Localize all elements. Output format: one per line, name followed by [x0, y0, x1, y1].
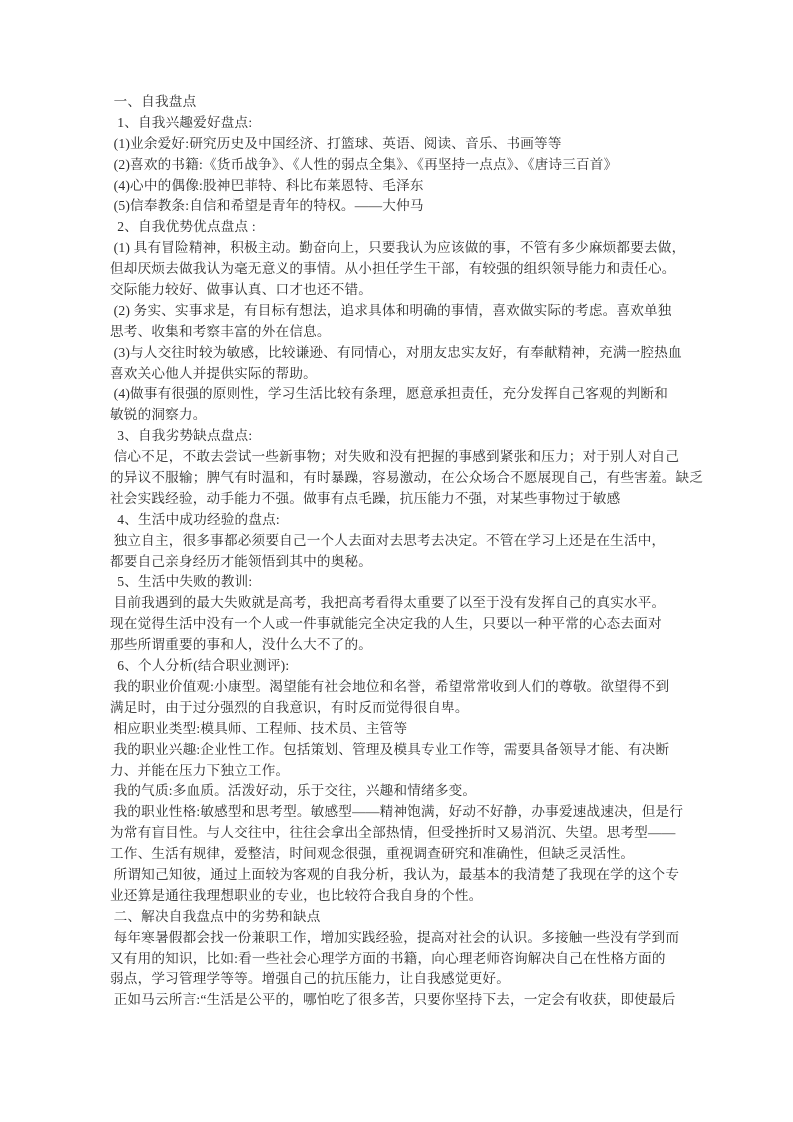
text-line: 我的职业兴趣:企业性工作。包括策划、管理及模具专业工作等，需要具备领导才能、有决…	[110, 740, 710, 761]
text-line: 相应职业类型:模具师、工程师、技术员、主管等	[110, 719, 710, 740]
text-line: (2) 务实、实事求是，有目标有想法，追求具体和明确的事情，喜欢做实际的考虑。喜…	[110, 301, 710, 322]
section-1-heading: 一、自我盘点	[110, 92, 710, 113]
text-line: 我的职业价值观:小康型。渴望能有社会地位和名誉，希望常常收到人们的尊敬。欲望得不…	[110, 677, 710, 698]
text-line: 但却厌烦去做我认为毫无意义的事情。从小担任学生干部，有较强的组织领导能力和责任心…	[110, 259, 710, 280]
text-line: 喜欢关心他人并提供实际的帮助。	[110, 364, 710, 385]
text-line: 我的职业性格:敏感型和思考型。敏感型——精神饱满，好动不好静，办事爱速战速决，但…	[110, 802, 710, 823]
text-line: 交际能力较好、做事认真、口才也还不错。	[110, 280, 710, 301]
text-line: 社会实践经验，动手能力不强。做事有点毛躁，抗压能力不强，对某些事物过于敏感	[110, 489, 710, 510]
text-line: (2)喜欢的书籍:《货币战争》、《人性的弱点全集》、《再坚持一点点》、《唐诗三百…	[110, 155, 710, 176]
item-4-heading: 4、生活中成功经验的盘点:	[110, 510, 710, 531]
document-text-block: 一、自我盘点 1、自我兴趣爱好盘点: (1)业余爱好:研究历史及中国经济、打篮球…	[110, 92, 710, 1011]
item-1-heading: 1、自我兴趣爱好盘点:	[110, 113, 710, 134]
text-line: (4)做事有很强的原则性，学习生活比较有条理，愿意承担责任，充分发挥自己客观的判…	[110, 384, 710, 405]
text-line: 现在觉得生活中没有一个人或一件事就能完全决定我的人生，只要以一种平常的心态去面对	[110, 614, 710, 635]
text-line: 满足时，由于过分强烈的自我意识，有时反而觉得很自卑。	[110, 698, 710, 719]
document-page: 一、自我盘点 1、自我兴趣爱好盘点: (1)业余爱好:研究历史及中国经济、打篮球…	[0, 0, 793, 1122]
text-line: 为常有盲目性。与人交往中，往往会拿出全部热情，但受挫折时又易消沉、失望。思考型—…	[110, 823, 710, 844]
text-line: 业还算是通往我理想职业的专业，也比较符合我自身的个性。	[110, 886, 710, 907]
text-line: 力、并能在压力下独立工作。	[110, 761, 710, 782]
item-2-heading: 2、自我优势优点盘点 :	[110, 217, 710, 238]
text-line: (1) 具有冒险精神，积极主动。勤奋向上，只要我认为应该做的事，不管有多少麻烦都…	[110, 238, 710, 259]
text-line: 都要自己亲身经历才能领悟到其中的奥秘。	[110, 552, 710, 573]
text-line: 敏锐的洞察力。	[110, 405, 710, 426]
text-line: 正如马云所言:“生活是公平的，哪怕吃了很多苦，只要你坚持下去，一定会有收获，即使…	[110, 990, 710, 1011]
text-line: 又有用的知识，比如:看一些社会心理学方面的书籍，向心理老师咨询解决自己在性格方面…	[110, 949, 710, 970]
text-line: 工作、生活有规律，爱整洁，时间观念很强，重视调查研究和准确性，但缺乏灵活性。	[110, 844, 710, 865]
text-line: (5)信奉教条:自信和希望是青年的特权。——大仲马	[110, 196, 710, 217]
text-line: 每年寒暑假都会找一份兼职工作，增加实践经验，提高对社会的认识。多接触一些没有学到…	[110, 928, 710, 949]
text-line: 所谓知己知彼，通过上面较为客观的自我分析，我认为，最基本的我清楚了我现在学的这个…	[110, 865, 710, 886]
text-line: 的异议不服输；脾气有时温和，有时暴躁，容易激动，在公众场合不愿展现自己，有些害羞…	[110, 468, 710, 489]
text-line: 思考、收集和考察丰富的外在信息。	[110, 322, 710, 343]
item-6-heading: 6、个人分析(结合职业测评):	[110, 656, 710, 677]
item-3-heading: 3、自我劣势缺点盘点:	[110, 426, 710, 447]
text-line: 独立自主，很多事都必须要自己一个人去面对去思考去决定。不管在学习上还是在生活中，	[110, 531, 710, 552]
text-line: 弱点，学习管理学等等。增强自己的抗压能力，让自我感觉更好。	[110, 969, 710, 990]
text-line: 我的气质:多血质。活泼好动，乐于交往，兴趣和情绪多变。	[110, 781, 710, 802]
text-line: 信心不足，不敢去尝试一些新事物；对失败和没有把握的事感到紧张和压力；对于别人对自…	[110, 447, 710, 468]
section-2-heading: 二、解决自我盘点中的劣势和缺点	[110, 907, 710, 928]
item-5-heading: 5、生活中失败的教训:	[110, 572, 710, 593]
text-line: (4)心中的偶像:股神巴菲特、科比布莱恩特、毛泽东	[110, 176, 710, 197]
text-line: (3)与人交往时较为敏感，比较谦逊、有同情心，对朋友忠实友好，有奉献精神，充满一…	[110, 343, 710, 364]
text-line: (1)业余爱好:研究历史及中国经济、打篮球、英语、阅读、音乐、书画等等	[110, 134, 710, 155]
text-line: 那些所谓重要的事和人，没什么大不了的。	[110, 635, 710, 656]
text-line: 目前我遇到的最大失败就是高考，我把高考看得太重要了以至于没有发挥自己的真实水平。	[110, 593, 710, 614]
